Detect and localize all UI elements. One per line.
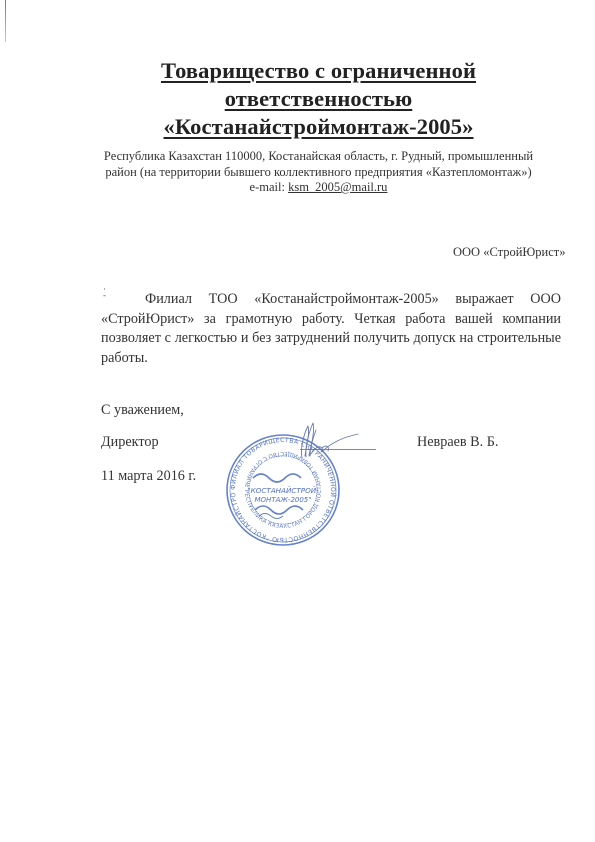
company-address: Республика Казахстан 110000, Костанайска… <box>0 149 595 196</box>
company-letterhead-title: Товарищество с ограниченной ответственно… <box>0 57 595 141</box>
address-line-2: район (на территории бывшего коллективно… <box>42 165 595 181</box>
signer-position: Директор <box>101 434 159 451</box>
stamp-center-line-2: МОНТАЖ-2005" <box>255 496 312 504</box>
stamp-center-line-1: "КОСТАНАЙСТРОЙ- <box>247 486 319 495</box>
email-line: e-mail: ksm_2005@mail.ru <box>42 180 595 196</box>
scan-edge-line <box>5 0 6 42</box>
signer-name: Невраев В. Б. <box>417 434 498 451</box>
letter-page: Товарищество с ограниченной ответственно… <box>0 0 595 842</box>
letter-date: 11 марта 2016 г. <box>101 468 196 485</box>
letter-body-paragraph: Филиал ТОО «Костанайстроймонтаж-2005» вы… <box>101 290 561 368</box>
closing-regards: С уважением, <box>101 402 184 419</box>
email-label: e-mail: <box>250 180 289 194</box>
title-line-1: Товарищество с ограниченной <box>42 57 595 85</box>
email-link[interactable]: ksm_2005@mail.ru <box>288 180 387 194</box>
address-line-1: Республика Казахстан 110000, Костанайска… <box>42 149 595 165</box>
title-line-2: ответственностью <box>42 85 595 113</box>
title-line-3: «Костанайстроймонтаж-2005» <box>42 113 595 141</box>
signature-scribble-icon <box>288 420 378 465</box>
recipient: ООО «СтройЮрист» <box>453 245 565 260</box>
